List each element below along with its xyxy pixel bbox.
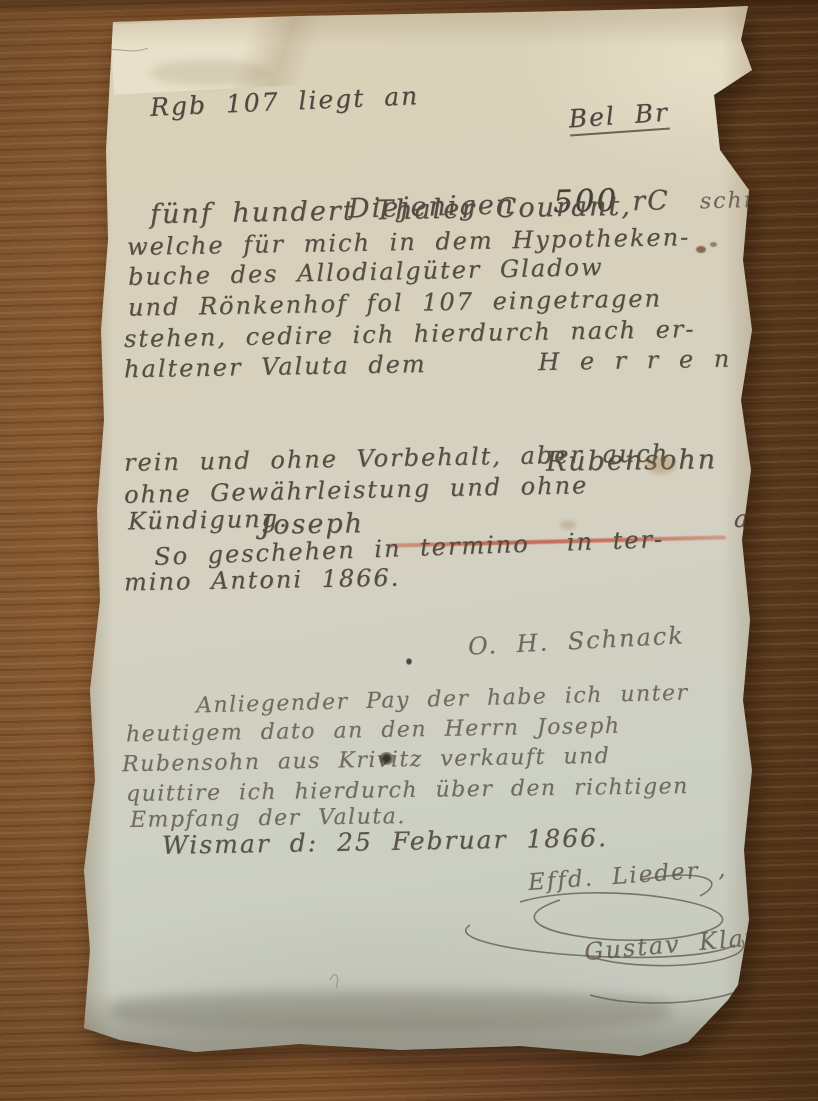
header-right: Bel Br: [452, 71, 671, 168]
paper-shadow: Rgb 107 liegt an Bel Br Diejenigen500rCs…: [0, 0, 818, 1101]
signature-schnack: O. H. Schnack: [467, 622, 685, 660]
amount-suffix: schreibe: [700, 187, 812, 215]
manuscript-line: Kündigung.: [128, 506, 289, 535]
manuscript-line: quittire ich hierdurch über den richtige…: [126, 775, 689, 807]
manuscript-line: Rubensohn aus Krivitz verkauft und: [122, 745, 611, 778]
amount-unit: rC: [632, 186, 670, 218]
foxing-spot: [696, 246, 706, 253]
bottom-smudge: [110, 990, 670, 1032]
foxing-spot: [710, 242, 717, 247]
signature-line2: Gustav Klaven: [583, 921, 795, 966]
manuscript-line: welche für mich in dem Hypotheken-: [127, 224, 691, 260]
name-rest: aus Krivitz: [734, 503, 818, 533]
ink-blot: [379, 752, 394, 765]
manuscript-line: heutigem dato an den Herrn Joseph: [126, 715, 621, 748]
manuscript-page: Rgb 107 liegt an Bel Br Diejenigen500rCs…: [0, 0, 818, 1101]
signature-line1: Effd. Lieder ,: [527, 857, 728, 896]
header-left: Rgb 107 liegt an: [150, 82, 420, 121]
date-line: Wismar d: 25 Februar 1866.: [162, 824, 608, 859]
ink-speck: [406, 658, 412, 665]
manuscript-line: und Rönkenhof fol 107 eingetragen: [128, 285, 662, 321]
header-right-text: Bel Br: [568, 97, 670, 136]
manuscript-line: mino Antoni 1866.: [124, 565, 401, 596]
stain: [150, 60, 270, 86]
photo-of-document: { "photo": { "scene": "Handwritten Germa…: [0, 0, 818, 1101]
